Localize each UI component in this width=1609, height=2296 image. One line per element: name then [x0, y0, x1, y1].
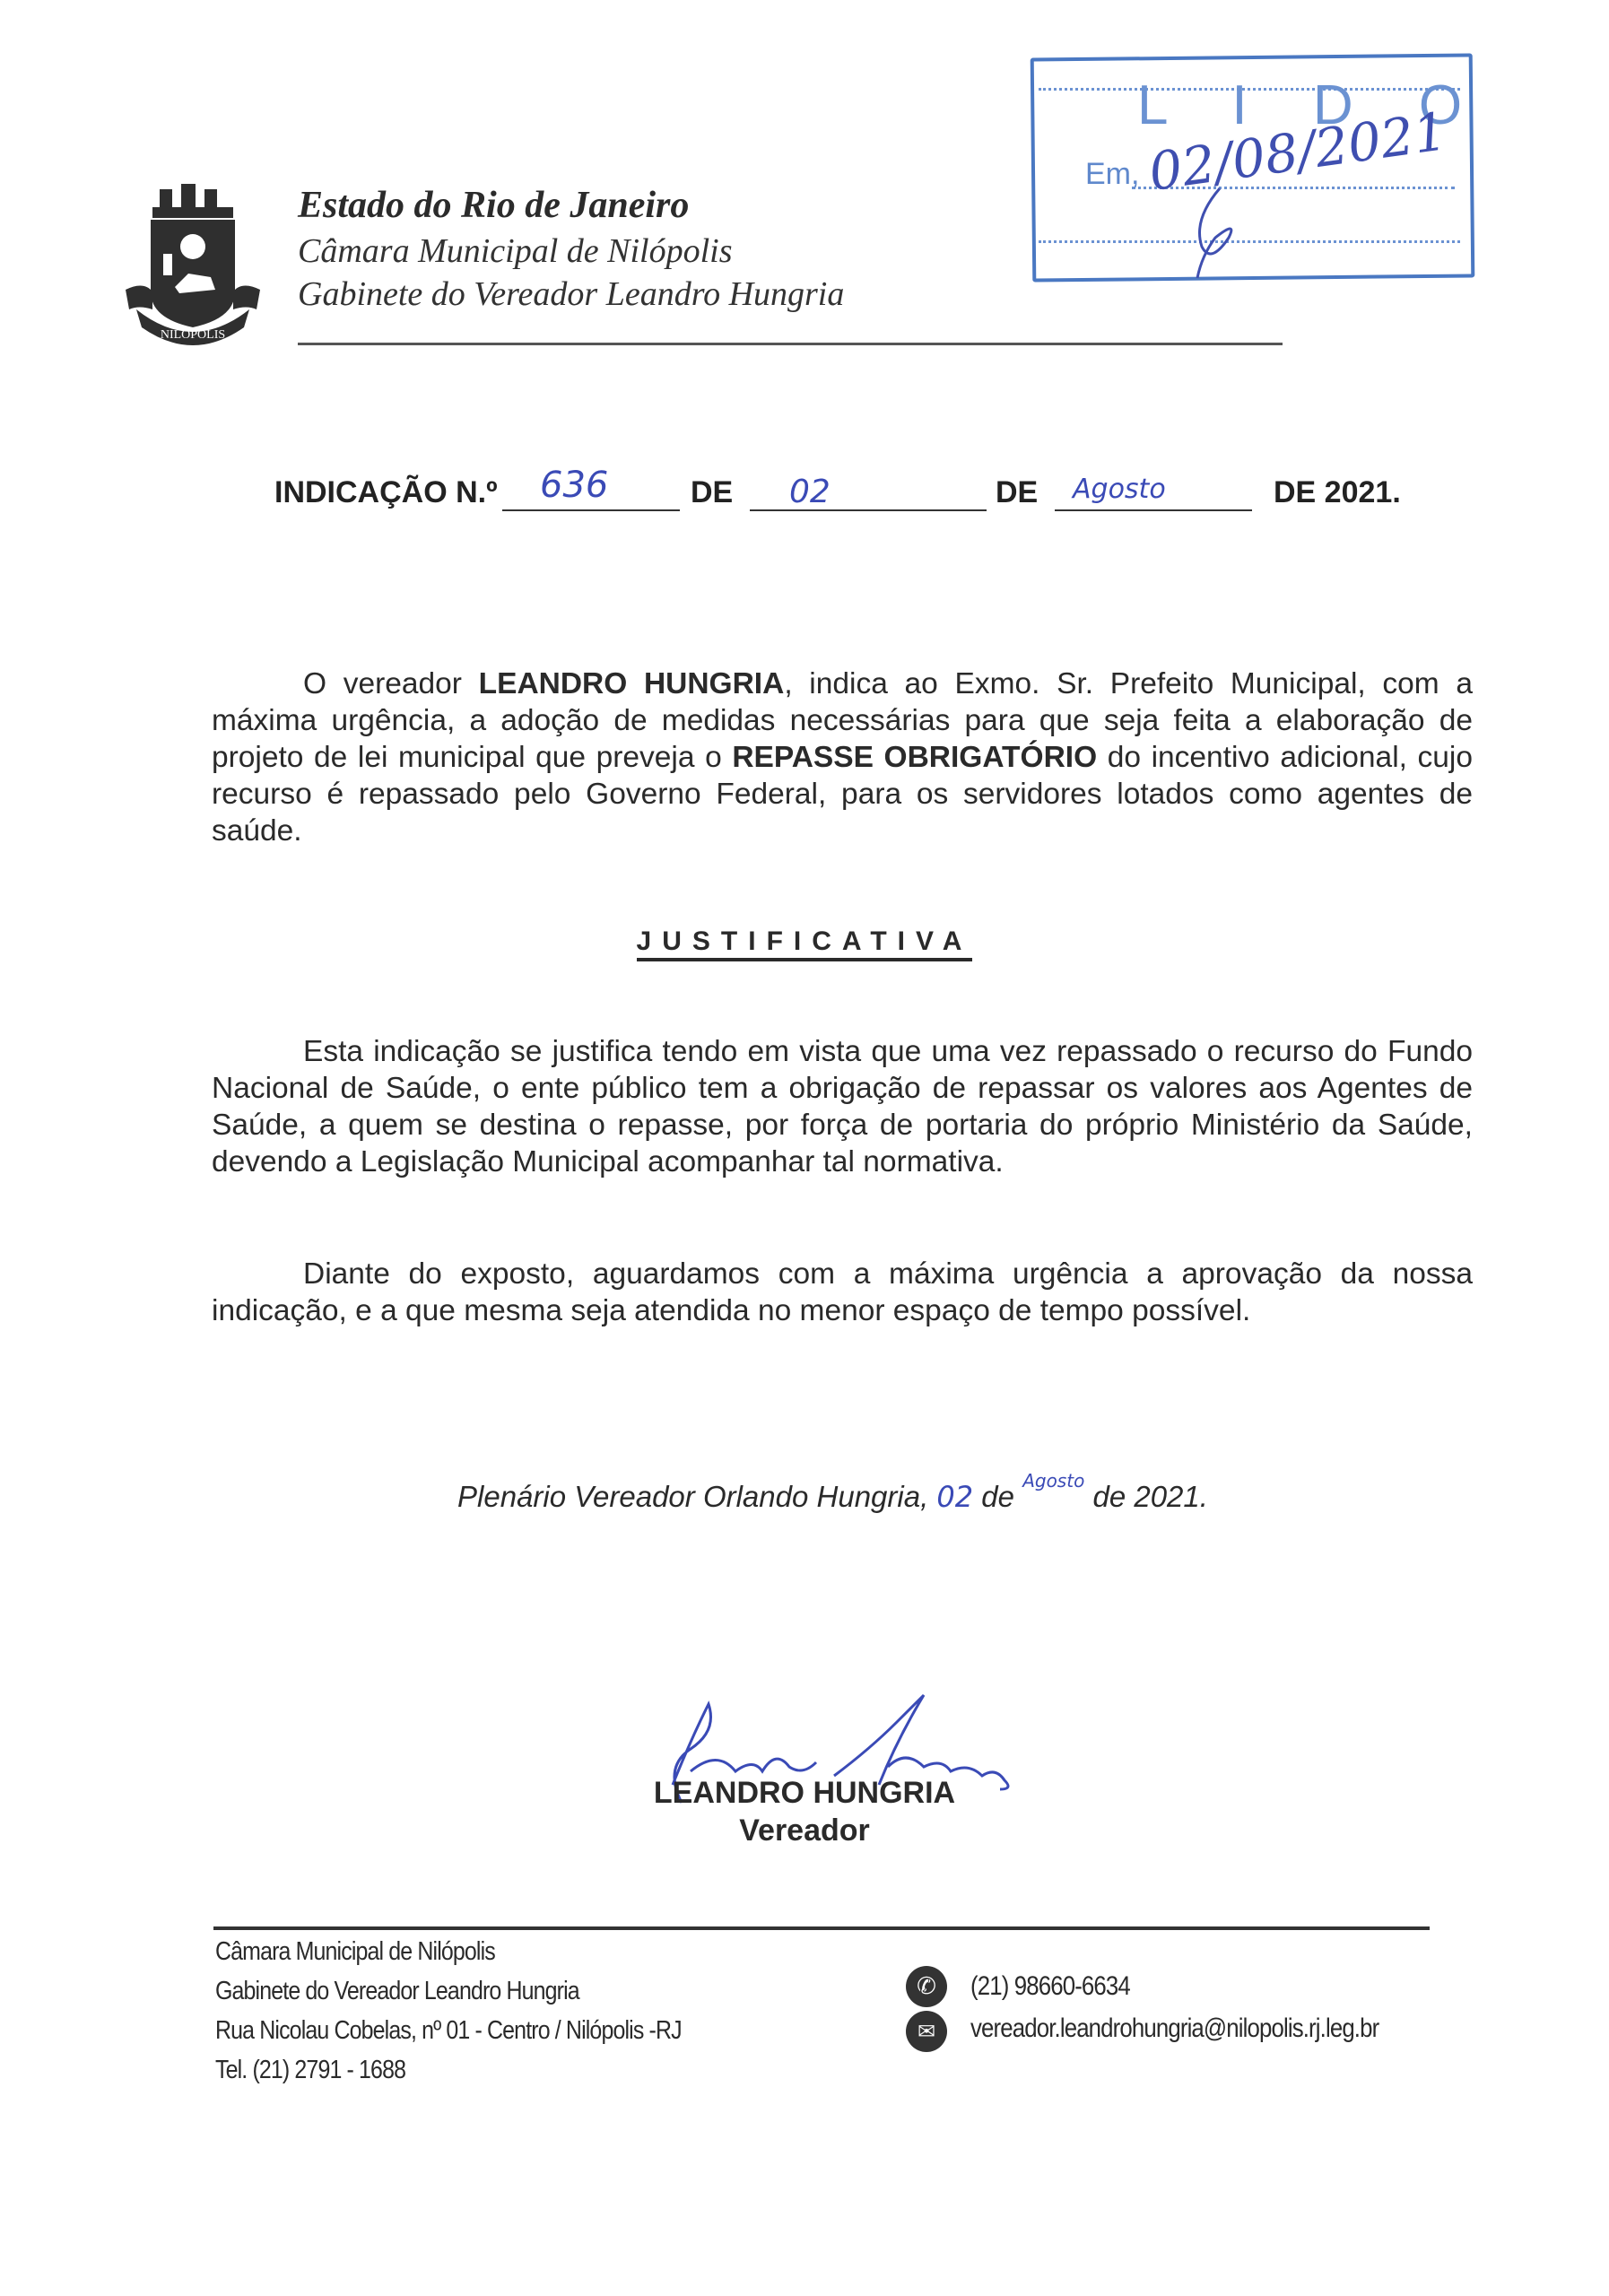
- closing-year: de 2021.: [1084, 1480, 1208, 1513]
- header-divider: [298, 343, 1283, 345]
- stamp-prefix: Em,: [1085, 157, 1139, 192]
- footer-office: Gabinete do Vereador Leandro Hungria: [215, 1977, 579, 2006]
- year-label: DE 2021.: [1274, 475, 1401, 510]
- p3-text: Diante do exposto, aguardamos com a máxi…: [212, 1256, 1473, 1329]
- indicacao-number: 636: [540, 465, 608, 506]
- de-label-2: DE: [996, 475, 1038, 510]
- closing-de: de: [973, 1480, 1022, 1513]
- p2-text: Esta indicação se justifica tendo em vis…: [212, 1033, 1473, 1180]
- p1-bold-name: LEANDRO HUNGRIA: [479, 667, 785, 700]
- indicacao-day: 02: [789, 474, 831, 510]
- footer-address: Rua Nicolau Cobelas, nº 01 - Centro / Ni…: [215, 2016, 682, 2046]
- indicacao-line: INDICAÇÃO N.º: [274, 475, 498, 510]
- footer-divider: [213, 1926, 1430, 1930]
- envelope-icon: ✉: [906, 2011, 947, 2052]
- footer-chamber: Câmara Municipal de Nilópolis: [215, 1937, 495, 1967]
- p1-bold-term: REPASSE OBRIGATÓRIO: [732, 741, 1097, 774]
- stamp-initials-scribble: [1184, 184, 1256, 283]
- footer-email[interactable]: vereador.leandrohungria@nilopolis.rj.leg…: [970, 2013, 1379, 2044]
- closing-day: 02: [936, 1480, 973, 1514]
- indicacao-label: INDICAÇÃO N.º: [274, 475, 498, 509]
- day-blank: [750, 509, 987, 511]
- signatory-name: LEANDRO HUNGRIA: [0, 1776, 1609, 1811]
- number-blank: [502, 509, 680, 511]
- municipal-crest-logo: NILÓPOLIS: [126, 184, 269, 345]
- state-title: Estado do Rio de Janeiro: [298, 184, 689, 227]
- svg-text:NILÓPOLIS: NILÓPOLIS: [161, 326, 225, 342]
- p1-text-a: O vereador: [303, 667, 479, 700]
- closing-month: Agosto: [1022, 1470, 1084, 1492]
- whatsapp-icon: ✆: [906, 1966, 947, 2007]
- footer-phone: (21) 98660-6634: [970, 1971, 1130, 2002]
- office-name: Gabinete do Vereador Leandro Hungria: [298, 274, 844, 314]
- justificativa-heading: JUSTIFICATIVA: [0, 926, 1609, 957]
- paragraph-conclusion: Diante do exposto, aguardamos com a máxi…: [212, 1256, 1473, 1329]
- de-label-1: DE: [691, 475, 733, 510]
- month-blank: [1055, 509, 1252, 511]
- closing-place: Plenário Vereador Orlando Hungria,: [457, 1480, 936, 1513]
- chamber-name: Câmara Municipal de Nilópolis: [298, 231, 733, 271]
- closing-line: Plenário Vereador Orlando Hungria, 02 de…: [457, 1480, 1208, 1514]
- paragraph-justificativa: Esta indicação se justifica tendo em vis…: [212, 1033, 1473, 1180]
- paragraph-indicacao: O vereador LEANDRO HUNGRIA, indica ao Ex…: [212, 665, 1473, 849]
- indicacao-month: Agosto: [1073, 474, 1166, 505]
- footer-telephone: Tel. (21) 2791 - 1688: [215, 2056, 405, 2085]
- justificativa-heading-text: JUSTIFICATIVA: [637, 926, 973, 961]
- signatory-role: Vereador: [0, 1813, 1609, 1848]
